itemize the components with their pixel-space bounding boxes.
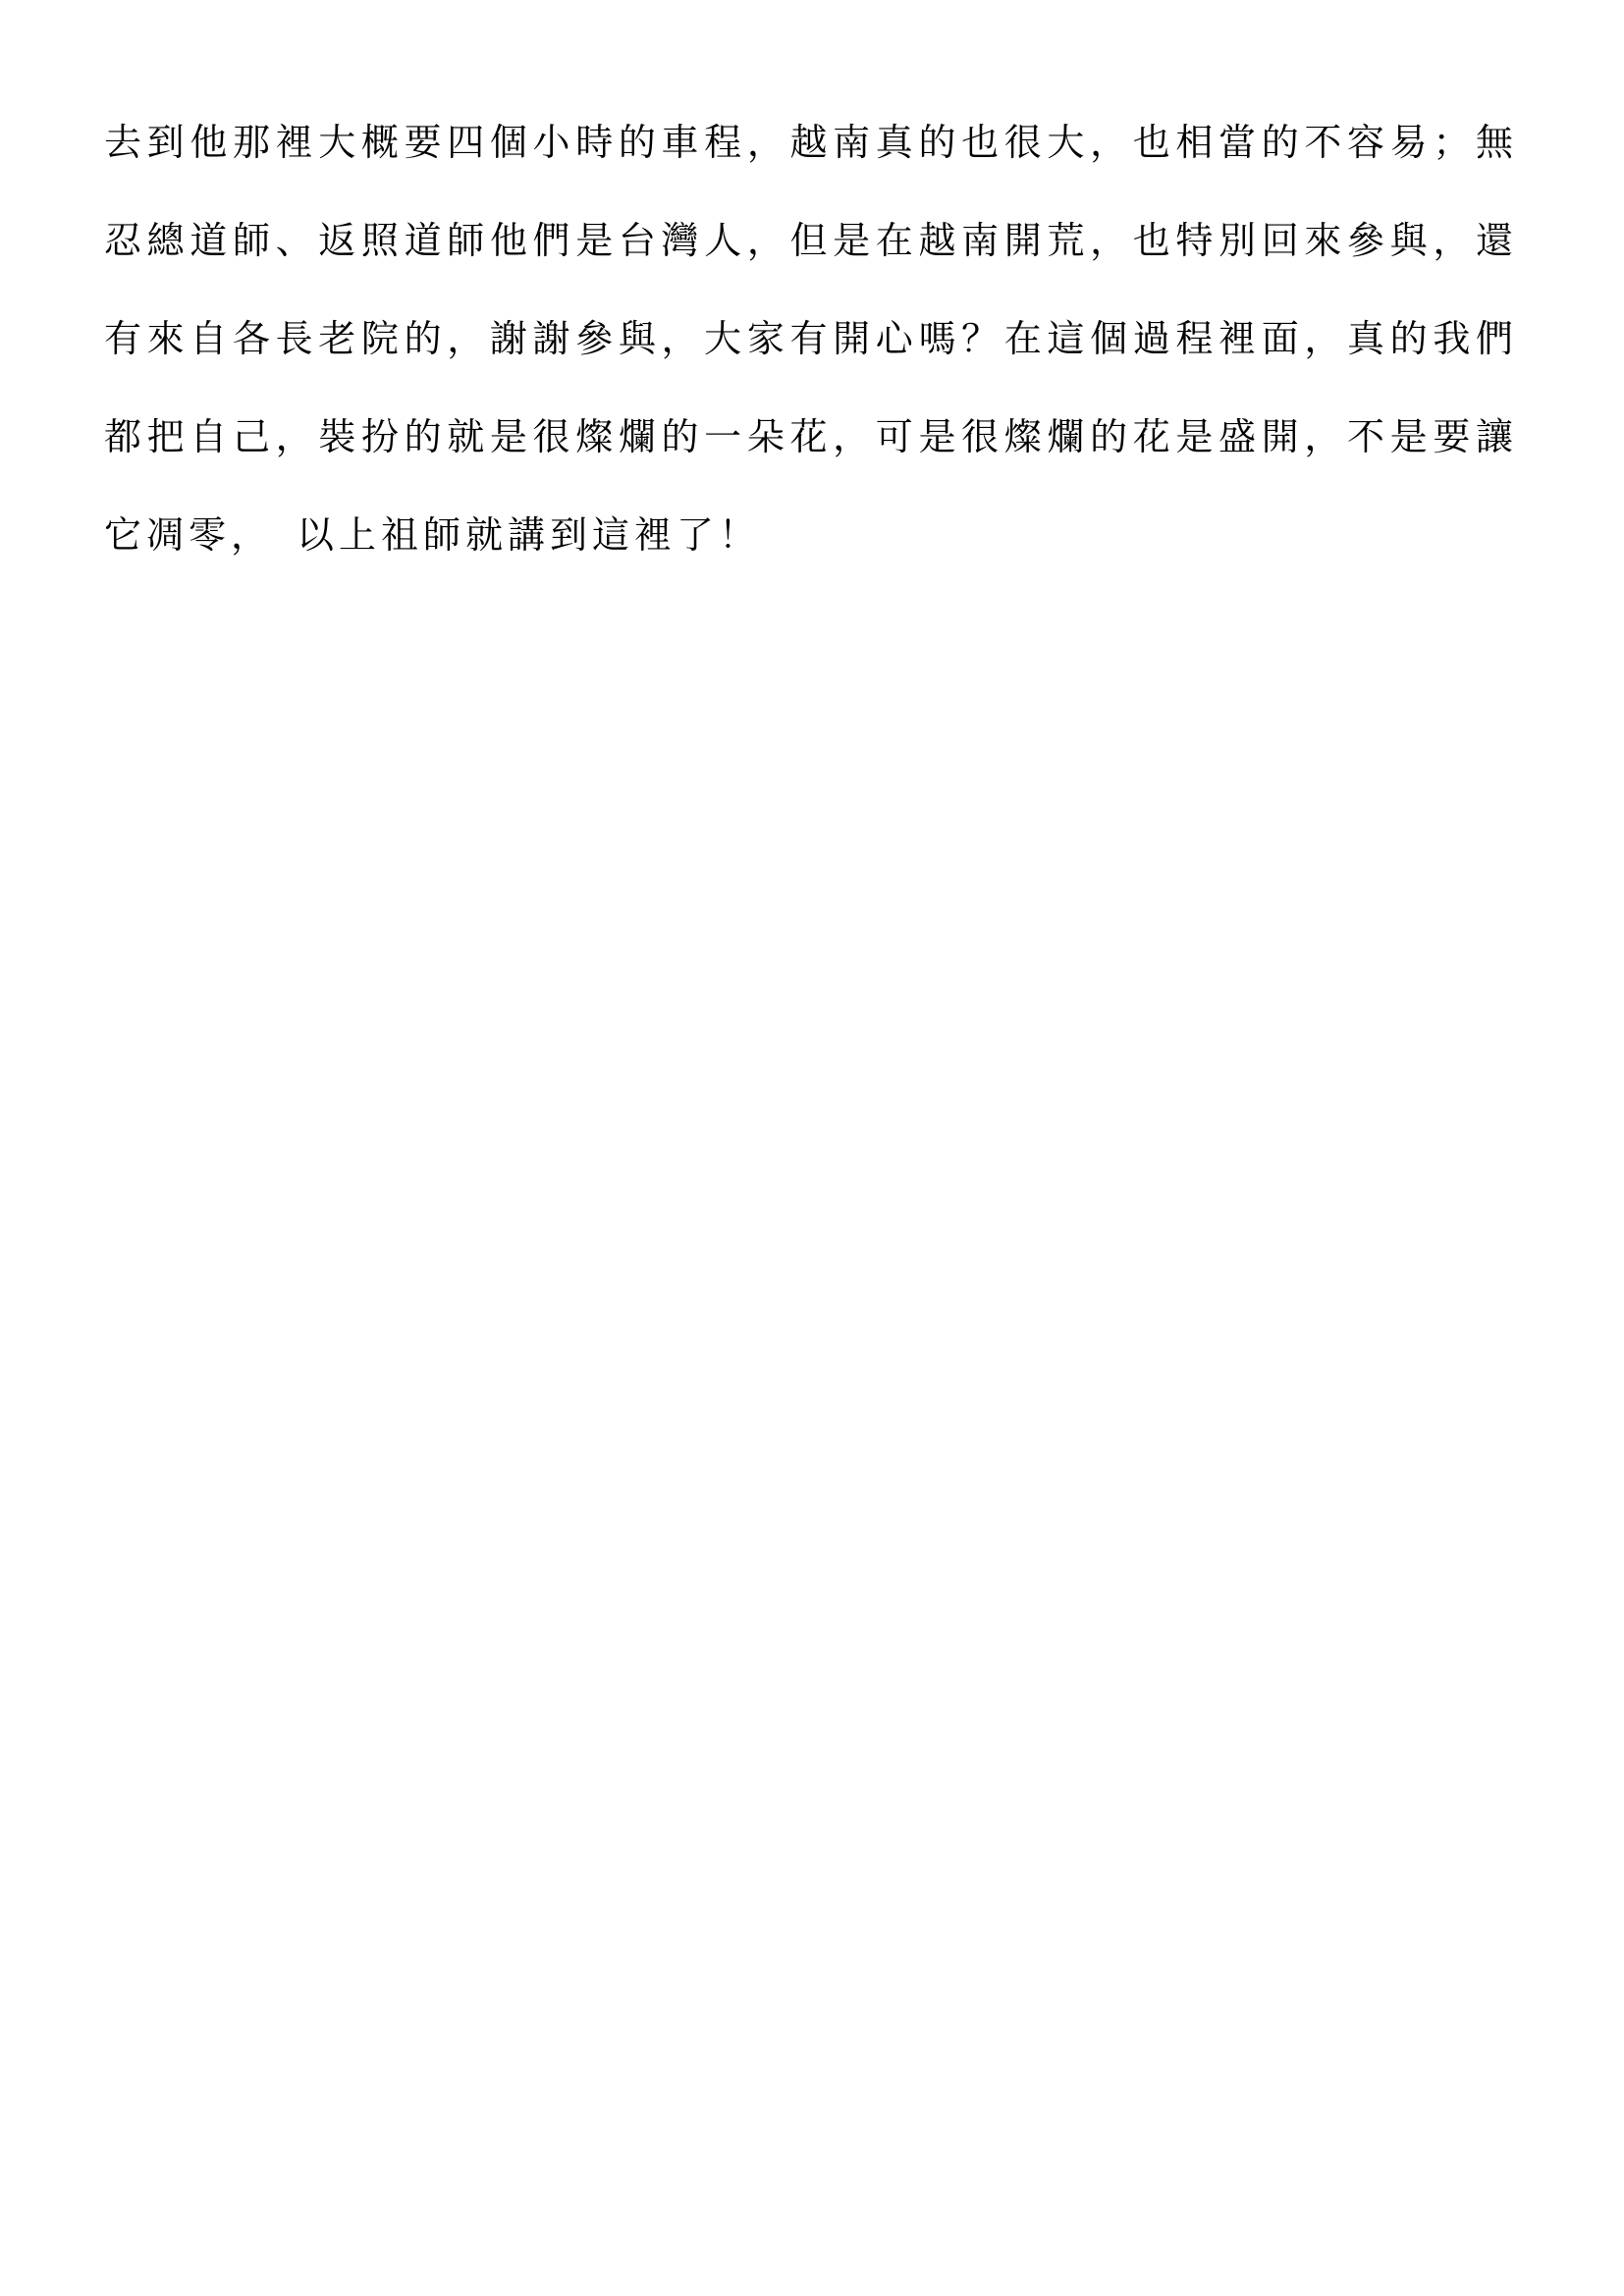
paragraph: 去到他那裡大概要四個小時的車程，越南真的也很大，也相當的不容易；無 忍總道師、返… [104, 93, 1518, 584]
paragraph-line-4: 都把自己，裝扮的就是很燦爛的一朵花，可是很燦爛的花是盛開，不是要讓 [104, 388, 1518, 486]
paragraph-line-2: 忍總道師、返照道師他們是台灣人，但是在越南開荒，也特別回來參與，還 [104, 191, 1518, 290]
paragraph-line-3: 有來自各長老院的，謝謝參與，大家有開心嗎？在這個過程裡面，真的我們 [104, 290, 1518, 388]
paragraph-line-1: 去到他那裡大概要四個小時的車程，越南真的也很大，也相當的不容易；無 [104, 93, 1518, 191]
document-page: 去到他那裡大概要四個小時的車程，越南真的也很大，也相當的不容易；無 忍總道師、返… [0, 0, 1624, 2296]
paragraph-line-5: 它凋零， 以上祖師就講到這裡了！ [104, 486, 1518, 584]
